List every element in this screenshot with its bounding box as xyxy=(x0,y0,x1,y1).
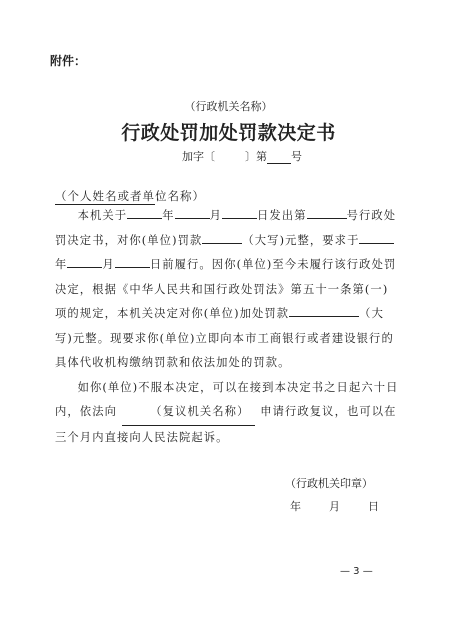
attachment-label: 附件： xyxy=(50,52,86,69)
organization-name-placeholder: （行政机关名称） xyxy=(0,98,457,114)
document-number: 加字〔〕第号 xyxy=(182,148,302,164)
date-day: 日 xyxy=(368,498,379,514)
document-title: 行政处罚加处罚款决定书 xyxy=(0,118,457,145)
issue-month-blank[interactable] xyxy=(175,206,210,219)
text: 月 xyxy=(210,209,222,222)
signature-date: 年月日 xyxy=(290,498,407,514)
doc-number-suffix: 〕第 xyxy=(245,150,267,163)
addressee-line: （个人姓名或者单位名称）： xyxy=(55,188,167,205)
due-day-blank[interactable] xyxy=(115,255,150,268)
due-month-blank[interactable] xyxy=(67,255,102,268)
date-month: 月 xyxy=(329,498,340,514)
text: 本机关于 xyxy=(78,209,128,222)
doc-number-blank[interactable] xyxy=(267,152,291,164)
issue-year-blank[interactable] xyxy=(127,206,162,219)
doc-number-end: 号 xyxy=(291,150,302,163)
fine-amount-blank[interactable] xyxy=(202,231,242,244)
addressee-name-field[interactable]: （个人姓名或者单位名称） xyxy=(55,188,155,205)
reconsideration-agency-field[interactable]: （复议机关名称） xyxy=(122,400,256,426)
due-year-blank[interactable] xyxy=(359,231,394,244)
paragraph-1: 本机关于年月日发出第号行政处罚决定书，对你(单位)罚款（大写)元整，要求于年月日… xyxy=(55,204,400,376)
issue-day-blank[interactable] xyxy=(222,206,257,219)
date-year: 年 xyxy=(290,498,301,514)
text: 日发出第 xyxy=(257,209,307,222)
additional-fine-blank[interactable] xyxy=(289,304,359,317)
text: 年 xyxy=(55,258,67,271)
decision-number-blank[interactable] xyxy=(307,206,347,219)
page-number: — 3 — xyxy=(340,566,373,577)
document-body: 本机关于年月日发出第号行政处罚决定书，对你(单位)罚款（大写)元整，要求于年月日… xyxy=(55,204,400,450)
addressee-colon: ： xyxy=(155,189,167,203)
agency-seal-placeholder: （行政机关印章） xyxy=(285,475,373,491)
doc-number-prefix: 加字〔 xyxy=(182,150,215,163)
text: 月 xyxy=(102,258,114,271)
paragraph-2: 如你(单位)不服本决定，可以在接到本决定书之日起六十日内，依法向 （复议机关名称… xyxy=(55,376,400,451)
text: 年 xyxy=(162,209,174,222)
text: （大写)元整，要求于 xyxy=(242,234,359,247)
